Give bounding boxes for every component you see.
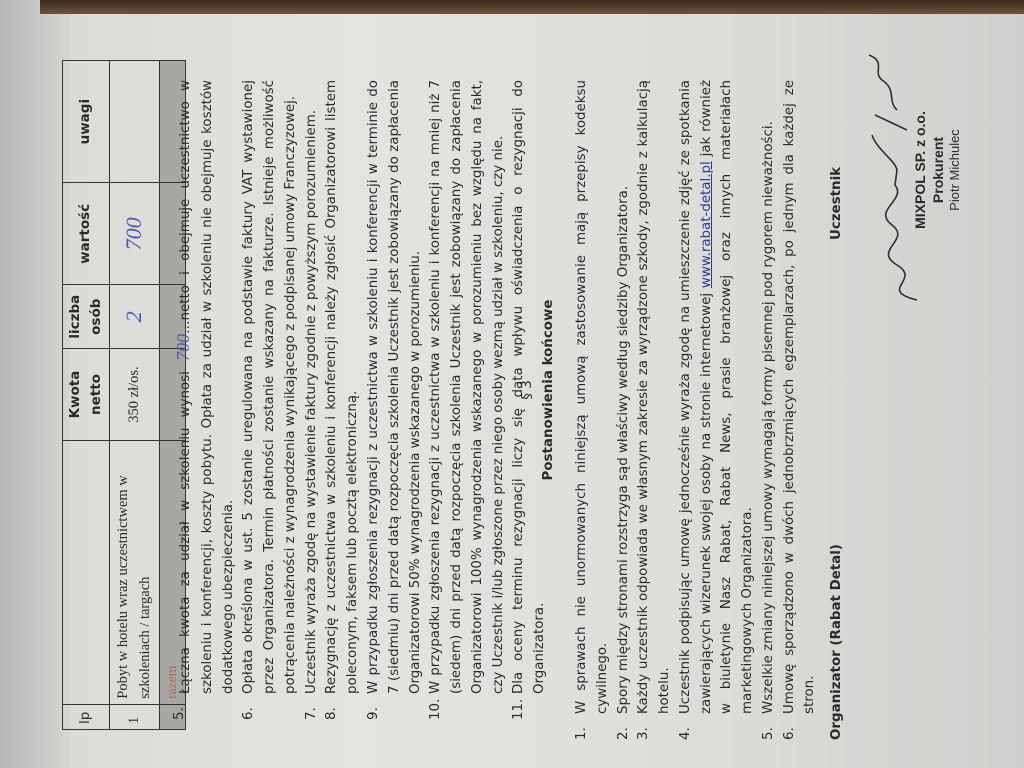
- item-number: 5.: [170, 694, 239, 720]
- table-row: 1 Pobyt w hotelu wraz uczestnictwem w sz…: [109, 61, 159, 730]
- item-number: 4.: [676, 714, 759, 740]
- item-number: 5.: [759, 714, 780, 740]
- item-number: 3.: [634, 714, 676, 740]
- item-text: W sprawach nie unormowanych niniejszą um…: [572, 80, 614, 714]
- list-item: 6.Umowę sporządzono w dwóch jednobrzmiąc…: [780, 80, 822, 740]
- item-number: 2.: [614, 714, 635, 740]
- pricing-table: lp Kwota netto liczba osób wartość uwagi…: [62, 60, 186, 730]
- list-item: 8.Rezygnację z uczestnictwa w szkoleniu …: [322, 80, 364, 720]
- final-provisions-list: 1.W sprawach nie unormowanych niniejszą …: [572, 80, 821, 740]
- stamp-name: Piotr Michulec: [947, 50, 963, 290]
- item-text-before: Łączna kwota za udział w szkoleniu wynos…: [178, 361, 193, 694]
- item-number: 8.: [322, 694, 364, 720]
- desk-background: [40, 0, 1024, 14]
- item-number: 7.: [302, 694, 323, 720]
- list-item: 7.Uczestnik wyraża zgodę na wystawienie …: [302, 80, 323, 720]
- cell-wartosc-handwritten: 700: [109, 183, 159, 285]
- section-3-heading: § 3 Postanowienia końcowe: [518, 40, 560, 740]
- cell-liczba-handwritten: 2: [109, 285, 159, 349]
- list-item: 3.Każdy uczestnik odpowiada we własnym z…: [634, 80, 676, 740]
- handwritten-amount: 700: [173, 334, 193, 361]
- item-text: Każdy uczestnik odpowiada we własnym zak…: [634, 80, 676, 714]
- item-text: Uczestnik podpisując umowę jednocześnie …: [676, 80, 759, 714]
- website-link[interactable]: www.rabat-detal.pl: [699, 161, 714, 288]
- stamp-role: Prokurent: [930, 50, 948, 290]
- list-item: 5.Wszelkie zmiany niniejszej umowy wymag…: [759, 80, 780, 740]
- item-text: W przypadku zgłoszenia rezygnacji z ucze…: [364, 80, 426, 694]
- list-item: 4. Uczestnik podpisując umowę jednocześn…: [676, 80, 759, 740]
- participant-signature-label: Uczestnik: [827, 167, 848, 240]
- item-number: 9.: [364, 694, 426, 720]
- list-item: 5. Łączna kwota za udział w szkoleniu wy…: [170, 80, 239, 720]
- item-text: Łączna kwota za udział w szkoleniu wynos…: [170, 80, 239, 694]
- item-text: Wszelkie zmiany niniejszej umowy wymagaj…: [759, 121, 780, 714]
- list-item: 9.W przypadku zgłoszenia rezygnacji z uc…: [364, 80, 426, 720]
- cell-kwota: 350 zł/os.: [109, 349, 159, 441]
- item-text: Opłata określona w ust. 5 zostanie uregu…: [239, 80, 301, 694]
- section-number: § 3: [518, 40, 539, 740]
- item-number: 1.: [572, 714, 614, 740]
- list-item: 2.Spory między stronami rozstrzyga sąd w…: [614, 80, 635, 740]
- header-uwagi: uwagi: [63, 61, 110, 183]
- company-stamp: MIXPOL SP. z o.o. Prokurent Piotr Michul…: [912, 50, 963, 290]
- header-description: [63, 441, 110, 705]
- cell-description: Pobyt w hotelu wraz uczestnictwem w szko…: [109, 441, 159, 705]
- item-text: W przypadku zgłoszenia rezygnacji z ucze…: [426, 80, 509, 694]
- stamp-company: MIXPOL SP. z o.o.: [912, 50, 930, 290]
- header-liczba: liczba osób: [63, 285, 110, 349]
- cell-uwagi: [109, 61, 159, 183]
- section-title: Postanowienia końcowe: [539, 40, 560, 740]
- cell-lp: 1: [109, 704, 159, 729]
- item-text: Rezygnację z uczestnictwa w szkoleniu i …: [322, 80, 364, 694]
- item-number: 6.: [780, 714, 822, 740]
- rotated-document-page: lp Kwota netto liczba osób wartość uwagi…: [52, 40, 1012, 740]
- list-item: 10.W przypadku zgłoszenia rezygnacji z u…: [426, 80, 509, 720]
- organizer-signature-label: Organizator (Rabat Detal): [827, 544, 848, 740]
- header-kwota: Kwota netto: [63, 349, 110, 441]
- item-text: Umowę sporządzono w dwóch jednobrzmiącyc…: [780, 80, 822, 714]
- list-item: 1.W sprawach nie unormowanych niniejszą …: [572, 80, 614, 740]
- header-lp: lp: [63, 704, 110, 729]
- item-text: Spory między stronami rozstrzyga sąd wła…: [614, 186, 635, 714]
- header-wartosc: wartość: [63, 183, 110, 285]
- list-item: 6.Opłata określona w ust. 5 zostanie ure…: [239, 80, 301, 720]
- item-text: Uczestnik wyraża zgodę na wystawienie fa…: [302, 110, 323, 694]
- table-header-row: lp Kwota netto liczba osób wartość uwagi: [63, 61, 110, 730]
- item-number: 10.: [426, 694, 509, 720]
- item-number: 6.: [239, 694, 301, 720]
- payment-terms-list: 5. Łączna kwota za udział w szkoleniu wy…: [170, 80, 551, 720]
